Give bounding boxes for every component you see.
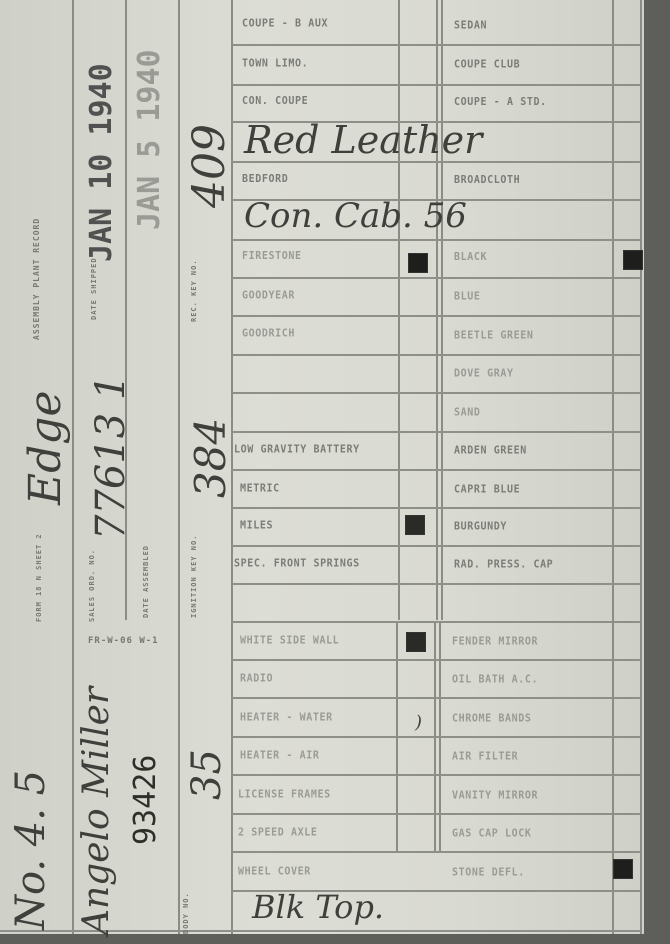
option-label: LOW GRAVITY BATTERY (234, 443, 360, 455)
row-rule (231, 659, 642, 661)
row-rule (231, 84, 642, 86)
option-label: AIR FILTER (452, 750, 518, 762)
row-rule (231, 277, 642, 279)
handwritten-top: Blk Top. (252, 888, 384, 926)
body-number-note: No. 4. 5 (8, 770, 54, 930)
divider (612, 0, 614, 934)
row-rule (231, 354, 642, 356)
divider (398, 0, 400, 620)
option-label: GOODRICH (242, 327, 295, 339)
option-label: HEATER - WATER (240, 711, 333, 723)
option-label: MILES (240, 519, 273, 531)
row-rule (231, 697, 642, 699)
option-label: FIRESTONE (242, 250, 302, 262)
divider (72, 0, 74, 934)
option-label: COUPE - A STD. (454, 96, 547, 108)
body-number-label: BODY NO. (182, 892, 190, 934)
checked-box-firestone[interactable] (408, 253, 428, 273)
option-label: SEDAN (454, 19, 487, 31)
divider (178, 0, 180, 934)
option-label: WHITE SIDE WALL (240, 634, 339, 646)
row-rule (231, 431, 642, 433)
option-label: FENDER MIRROR (452, 635, 538, 647)
row-rule (231, 315, 642, 317)
option-label: SPEC. FRONT SPRINGS (234, 557, 360, 569)
option-label: BURGUNDY (454, 520, 507, 532)
option-label: 2 SPEED AXLE (238, 826, 317, 838)
ignition-key-label: IGNITION KEY NO. (190, 535, 198, 618)
option-label: HEATER - AIR (240, 749, 319, 761)
option-label: ARDEN GREEN (454, 444, 527, 456)
option-label: BLACK (454, 251, 487, 263)
ignition-key-number: 384 (186, 418, 235, 498)
ignition-value: 35 (184, 749, 230, 800)
divider (436, 0, 438, 620)
option-label: GAS CAP LOCK (452, 827, 531, 839)
option-label: COUPE CLUB (454, 58, 520, 70)
date-shipped-label: DATE SHIPPED (90, 257, 98, 320)
sales-order-label: SALES ORD. NO. (88, 549, 96, 622)
rec-key-label: REC. KEY NO. (190, 259, 198, 322)
option-label: BROADCLOTH (454, 174, 520, 186)
option-label: BEETLE GREEN (454, 329, 533, 341)
handwritten-body-type: Con. Cab. 56 (244, 196, 467, 236)
option-label: SAND (454, 406, 480, 418)
assembly-plant-record-card: COUPE - B AUX TOWN LIMO. CON. COUPE BEDF… (0, 0, 644, 934)
form-sheet-label: FORM 18 N SHEET 2 (35, 533, 43, 622)
option-label: METRIC (240, 482, 280, 494)
row-rule (231, 774, 642, 776)
option-label: BLUE (454, 290, 480, 302)
option-label: CHROME BANDS (452, 712, 531, 724)
option-label: WHEEL COVER (238, 865, 311, 877)
inspector-signature: Angelo Miller (76, 687, 117, 935)
date-assembled-label: DATE ASSEMBLED (142, 545, 150, 618)
row-rule (231, 239, 642, 241)
form-title: ASSEMBLY PLANT RECORD (32, 218, 41, 340)
divider (640, 0, 642, 934)
option-label: DOVE GRAY (454, 367, 514, 379)
row-rule (231, 469, 642, 471)
option-label: VANITY MIRROR (452, 789, 538, 801)
row-rule (231, 736, 642, 738)
customer-name: Edge (20, 391, 71, 506)
checked-box-miles[interactable] (405, 515, 425, 535)
option-label: OIL BATH A.C. (452, 673, 538, 685)
option-label: CON. COUPE (242, 95, 308, 107)
option-label: CAPRI BLUE (454, 483, 520, 495)
option-label: STONE DEFL. (452, 866, 525, 878)
option-label: TOWN LIMO. (242, 57, 308, 69)
option-label: BEDFORD (242, 173, 288, 185)
date-assembled-stamp: JAN 5 1940 (132, 49, 167, 230)
option-label: RADIO (240, 672, 273, 684)
footer-print-code: FR-W-06 W-1 (88, 636, 159, 646)
row-rule (231, 392, 642, 394)
option-label: COUPE - B AUX (242, 17, 328, 29)
rec-key-number: 409 (184, 124, 235, 208)
checked-box-stone-defl[interactable] (613, 859, 633, 879)
row-rule (231, 621, 642, 623)
row-rule (231, 44, 642, 46)
row-rule (231, 813, 642, 815)
option-label: GOODYEAR (242, 289, 295, 301)
handwritten-upholstery: Red Leather (244, 118, 482, 162)
row-rule (231, 851, 642, 853)
serial-number: 93426 (128, 755, 163, 845)
ink-tick-mark: ) (415, 712, 422, 733)
option-label: RAD. PRESS. CAP (454, 558, 553, 570)
row-rule (231, 507, 642, 509)
divider (441, 0, 443, 620)
option-label: LICENSE FRAMES (238, 788, 331, 800)
date-shipped-stamp: JAN 10 1940 (84, 63, 119, 262)
row-rule (231, 545, 642, 547)
row-rule (231, 583, 642, 585)
checked-box-black[interactable] (623, 250, 643, 270)
checked-box-white-side-wall[interactable] (406, 632, 426, 652)
sales-order-number: 77613 1 (88, 375, 134, 540)
